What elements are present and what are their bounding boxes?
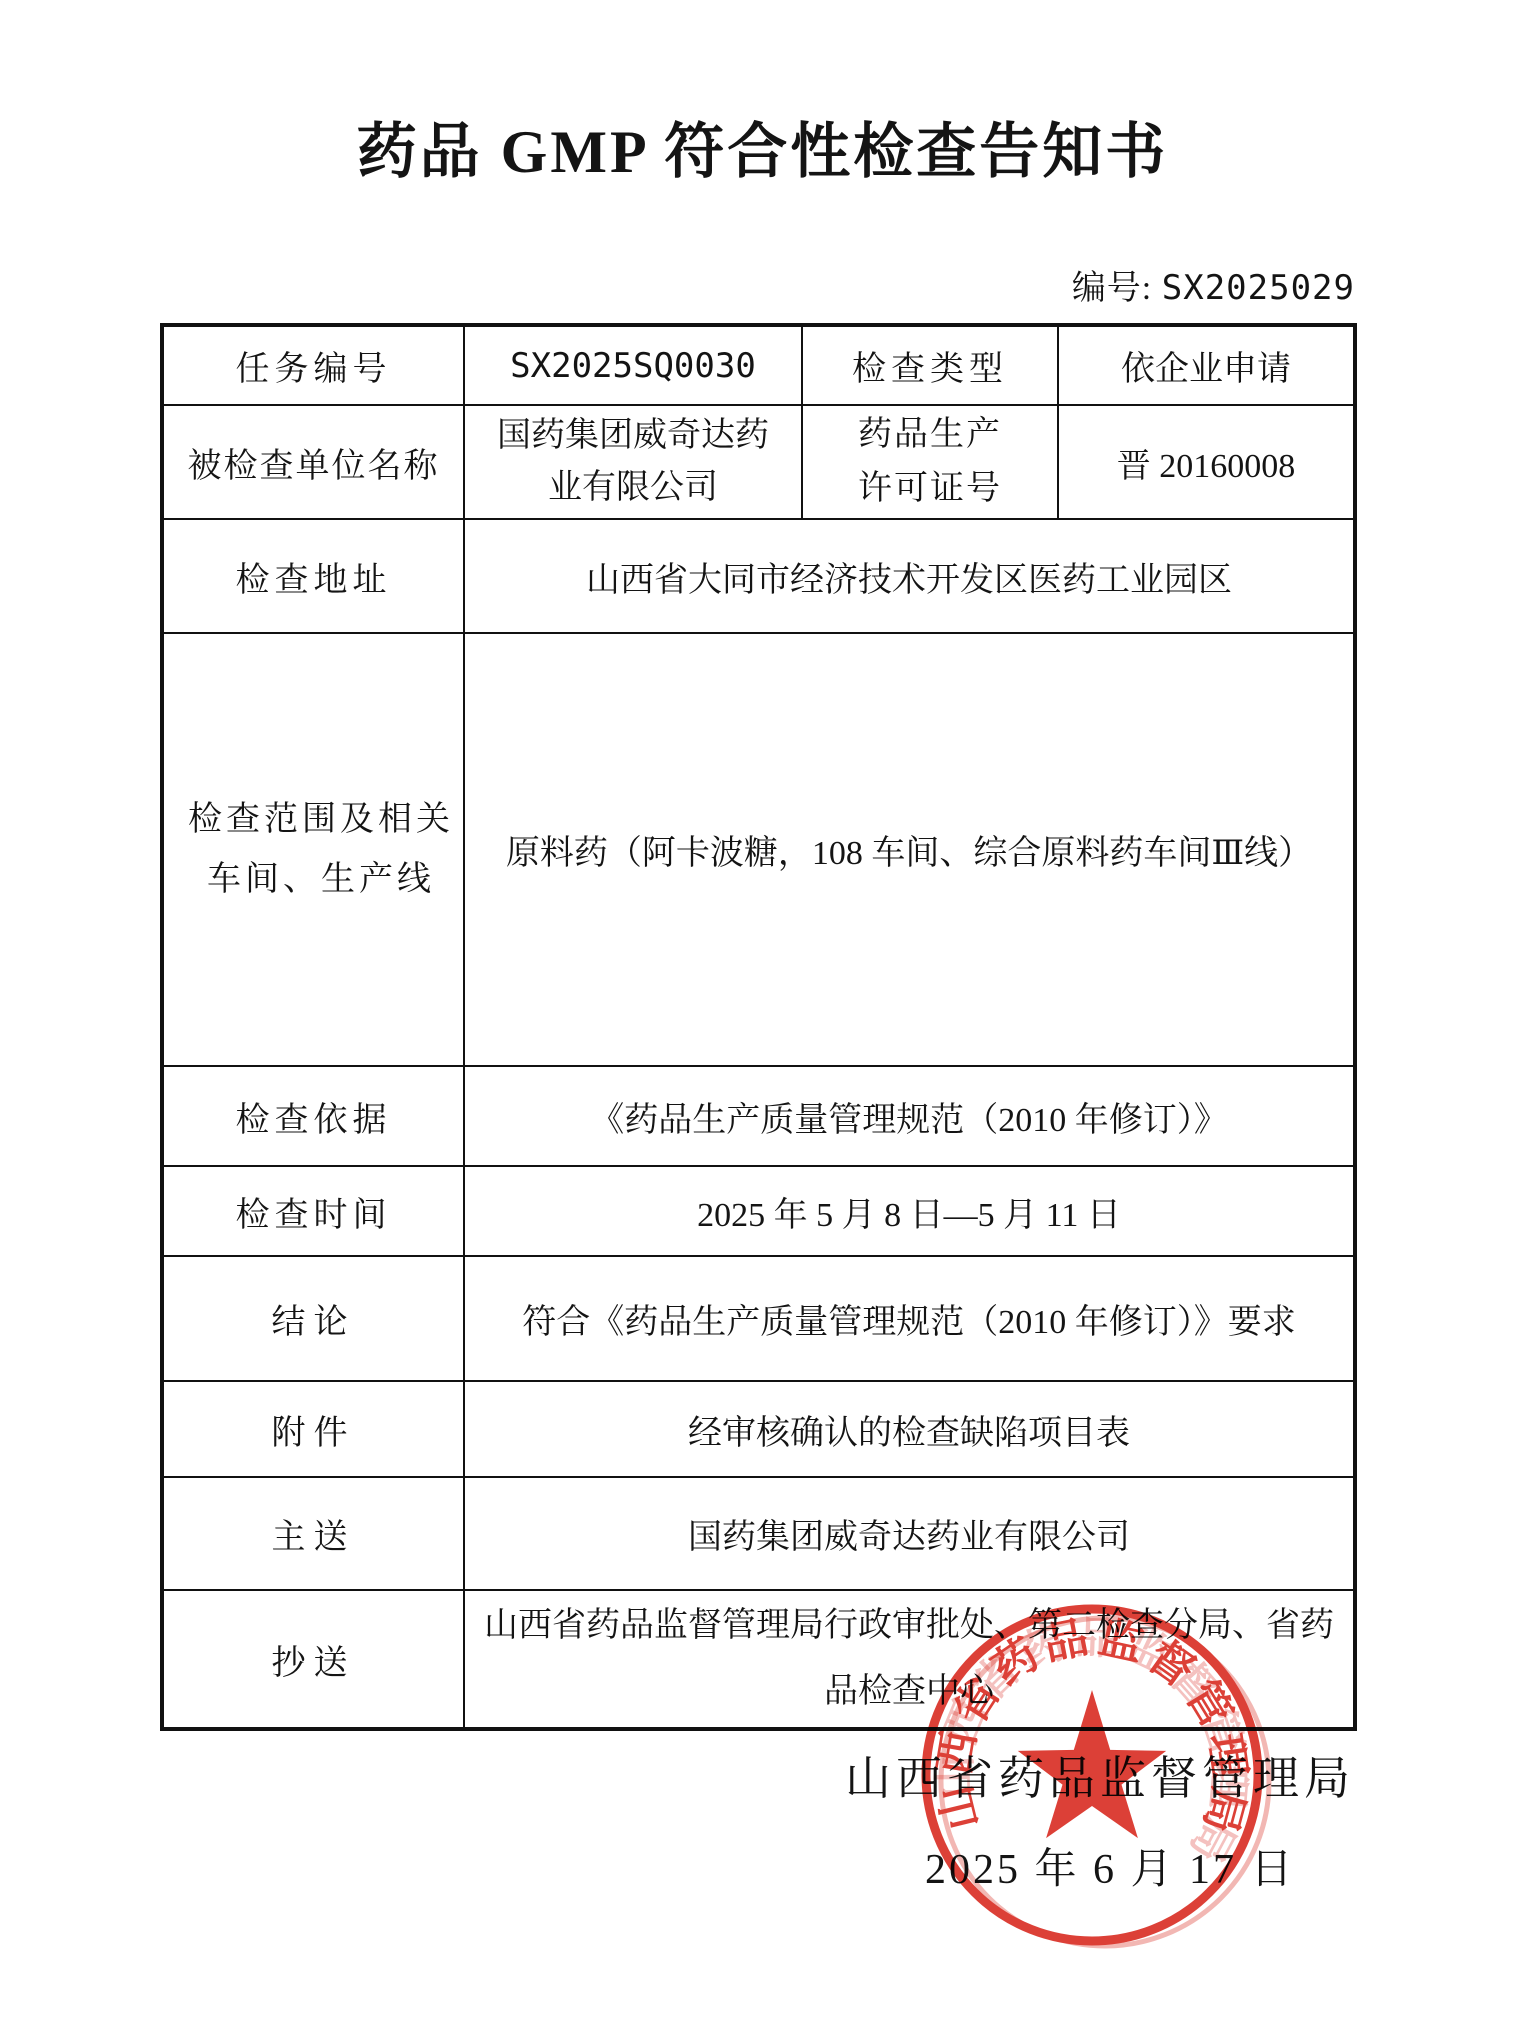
license-number-value-cell: 晋 20160008	[1058, 405, 1355, 519]
inspection-basis-label-cell: 检查依据	[162, 1066, 464, 1166]
cc-recipient-label-cell: 抄送	[162, 1590, 464, 1729]
document-number: 编号: SX2025029	[1072, 260, 1355, 309]
license-number-label-cell: 药品生产许可证号	[802, 405, 1058, 519]
task-number-label-cell: 任务编号	[162, 325, 464, 405]
table-row: 检查地址 山西省大同市经济技术开发区医药工业园区	[162, 519, 1355, 633]
issue-date: 2025 年 6 月 17 日	[925, 1836, 1296, 1896]
inspection-notice-table: 任务编号 SX2025SQ0030 检查类型 依企业申请 被检查单位名称 国药集…	[160, 323, 1357, 1731]
table-row: 任务编号 SX2025SQ0030 检查类型 依企业申请	[162, 325, 1355, 405]
conclusion-value-cell: 符合《药品生产质量管理规范（2010 年修订）》要求	[464, 1256, 1355, 1381]
attachment-value-cell: 经审核确认的检查缺陷项目表	[464, 1381, 1355, 1477]
inspection-scope-value-cell: 原料药（阿卡波糖，108 车间、综合原料药车间Ⅲ线）	[464, 633, 1355, 1066]
inspection-time-value-cell: 2025 年 5 月 8 日—5 月 11 日	[464, 1166, 1355, 1256]
task-number-value-cell: SX2025SQ0030	[464, 325, 802, 405]
main-recipient-label-cell: 主送	[162, 1477, 464, 1590]
table-row: 附件 经审核确认的检查缺陷项目表	[162, 1381, 1355, 1477]
cc-recipient-value-cell: 山西省药品监督管理局行政审批处、第二检查分局、省药品检查中心	[464, 1590, 1355, 1729]
table-row: 检查时间 2025 年 5 月 8 日—5 月 11 日	[162, 1166, 1355, 1256]
document-number-value: SX2025029	[1162, 268, 1355, 308]
main-recipient-value-cell: 国药集团威奇达药业有限公司	[464, 1477, 1355, 1590]
issuer-name: 山西省药品监督管理局	[845, 1742, 1355, 1808]
table-row: 被检查单位名称 国药集团威奇达药业有限公司 药品生产许可证号 晋 2016000…	[162, 405, 1355, 519]
table-row: 结论 符合《药品生产质量管理规范（2010 年修订）》要求	[162, 1256, 1355, 1381]
inspection-basis-value-cell: 《药品生产质量管理规范（2010 年修订）》	[464, 1066, 1355, 1166]
inspection-type-value-cell: 依企业申请	[1058, 325, 1355, 405]
table-row: 抄送 山西省药品监督管理局行政审批处、第二检查分局、省药品检查中心	[162, 1590, 1355, 1729]
table-row: 检查范围及相关车间、生产线 原料药（阿卡波糖，108 车间、综合原料药车间Ⅲ线）	[162, 633, 1355, 1066]
inspected-unit-label-cell: 被检查单位名称	[162, 405, 464, 519]
inspection-type-label-cell: 检查类型	[802, 325, 1058, 405]
inspection-time-label-cell: 检查时间	[162, 1166, 464, 1256]
inspection-address-label-cell: 检查地址	[162, 519, 464, 633]
conclusion-label-cell: 结论	[162, 1256, 464, 1381]
document-number-label: 编号:	[1072, 270, 1162, 307]
page-title: 药品 GMP 符合性检查告知书	[0, 104, 1525, 190]
table-row: 主送 国药集团威奇达药业有限公司	[162, 1477, 1355, 1590]
attachment-label-cell: 附件	[162, 1381, 464, 1477]
inspection-scope-label-cell: 检查范围及相关车间、生产线	[162, 633, 464, 1066]
inspection-address-value-cell: 山西省大同市经济技术开发区医药工业园区	[464, 519, 1355, 633]
inspected-unit-value-cell: 国药集团威奇达药业有限公司	[464, 405, 802, 519]
table-row: 检查依据 《药品生产质量管理规范（2010 年修订）》	[162, 1066, 1355, 1166]
document-page: 药品 GMP 符合性检查告知书 编号: SX2025029 任务编号 SX202…	[0, 0, 1525, 2022]
